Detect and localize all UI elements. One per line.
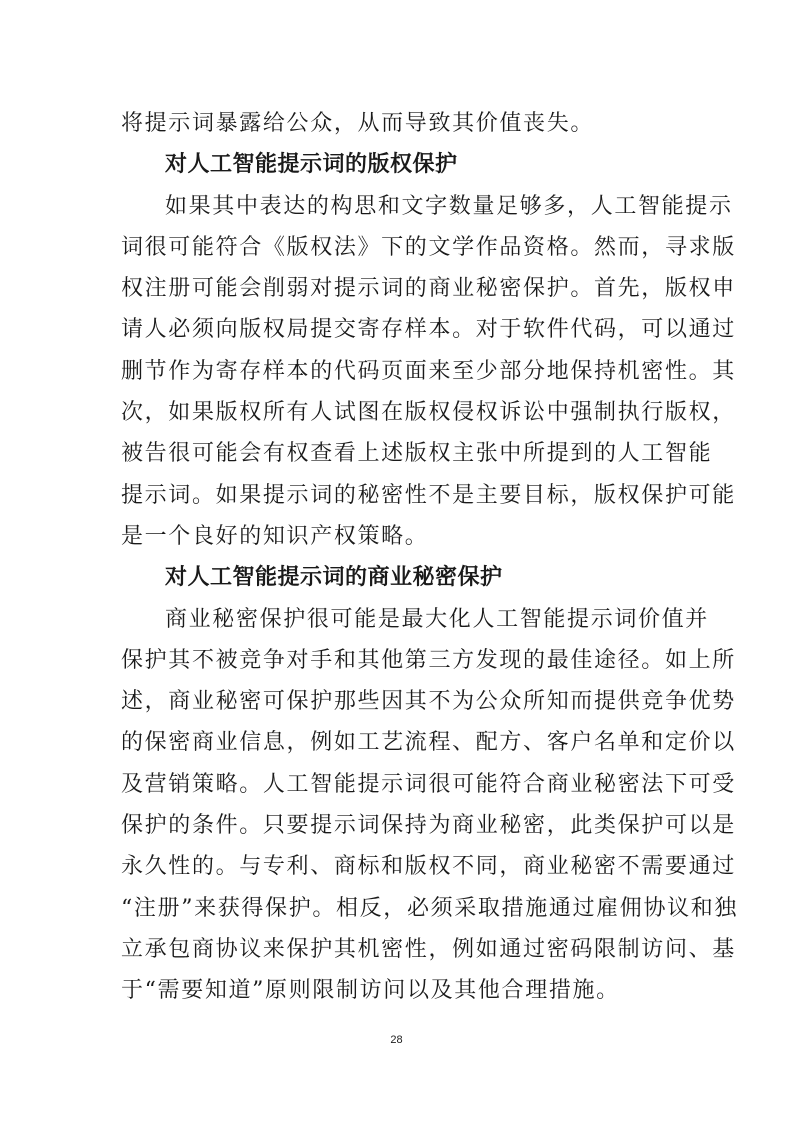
paragraph-line: 于“需要知道”原则限制访问以及其他合理措施。 — [121, 970, 673, 1011]
paragraph-line: 删节作为寄存样本的代码页面来至少部分地保持机密性。其 — [121, 351, 673, 392]
paragraph-line: 的保密商业信息，例如工艺流程、配方、客户名单和定价以 — [121, 722, 673, 763]
paragraph-line: 述，商业秘密可保护那些因其不为公众所知而提供竞争优势 — [121, 681, 673, 722]
section-heading-copyright: 对人工智能提示词的版权保护 — [121, 144, 673, 185]
paragraph-line: 次，如果版权所有人试图在版权侵权诉讼中强制执行版权， — [121, 392, 673, 433]
paragraph-continuation: 将提示词暴露给公众，从而导致其价值丧失。 — [121, 103, 673, 144]
paragraph-line: 权注册可能会削弱对提示词的商业秘密保护。首先，版权申 — [121, 268, 673, 309]
paragraph-line: 请人必须向版权局提交寄存样本。对于软件代码，可以通过 — [121, 309, 673, 350]
paragraph-line: 及营销策略。人工智能提示词很可能符合商业秘密法下可受 — [121, 764, 673, 805]
paragraph-line: 是一个良好的知识产权策略。 — [121, 516, 673, 557]
page-number: 28 — [0, 1034, 793, 1046]
paragraph-line: 提示词。如果提示词的秘密性不是主要目标，版权保护可能 — [121, 475, 673, 516]
paragraph-line: “注册”来获得保护。相反，必须采取措施通过雇佣协议和独 — [121, 888, 673, 929]
section-heading-trade-secret: 对人工智能提示词的商业秘密保护 — [121, 557, 673, 598]
paragraph-trade-secret: 商业秘密保护很可能是最大化人工智能提示词价值并 保护其不被竞争对手和其他第三方发… — [121, 599, 673, 1012]
paragraph-line: 词很可能符合《版权法》下的文学作品资格。然而，寻求版 — [121, 227, 673, 268]
paragraph-line: 保护其不被竞争对手和其他第三方发现的最佳途径。如上所 — [121, 640, 673, 681]
paragraph-line: 如果其中表达的构思和文字数量足够多，人工智能提示 — [121, 186, 673, 227]
paragraph-line: 被告很可能会有权查看上述版权主张中所提到的人工智能 — [121, 433, 673, 474]
paragraph-line: 商业秘密保护很可能是最大化人工智能提示词价值并 — [121, 599, 673, 640]
document-page: 将提示词暴露给公众，从而导致其价值丧失。 对人工智能提示词的版权保护 如果其中表… — [121, 103, 673, 1012]
paragraph-copyright: 如果其中表达的构思和文字数量足够多，人工智能提示 词很可能符合《版权法》下的文学… — [121, 186, 673, 558]
paragraph-line: 立承包商协议来保护其机密性，例如通过密码限制访问、基 — [121, 929, 673, 970]
paragraph-line: 保护的条件。只要提示词保持为商业秘密，此类保护可以是 — [121, 805, 673, 846]
paragraph-line: 永久性的。与专利、商标和版权不同，商业秘密不需要通过 — [121, 846, 673, 887]
